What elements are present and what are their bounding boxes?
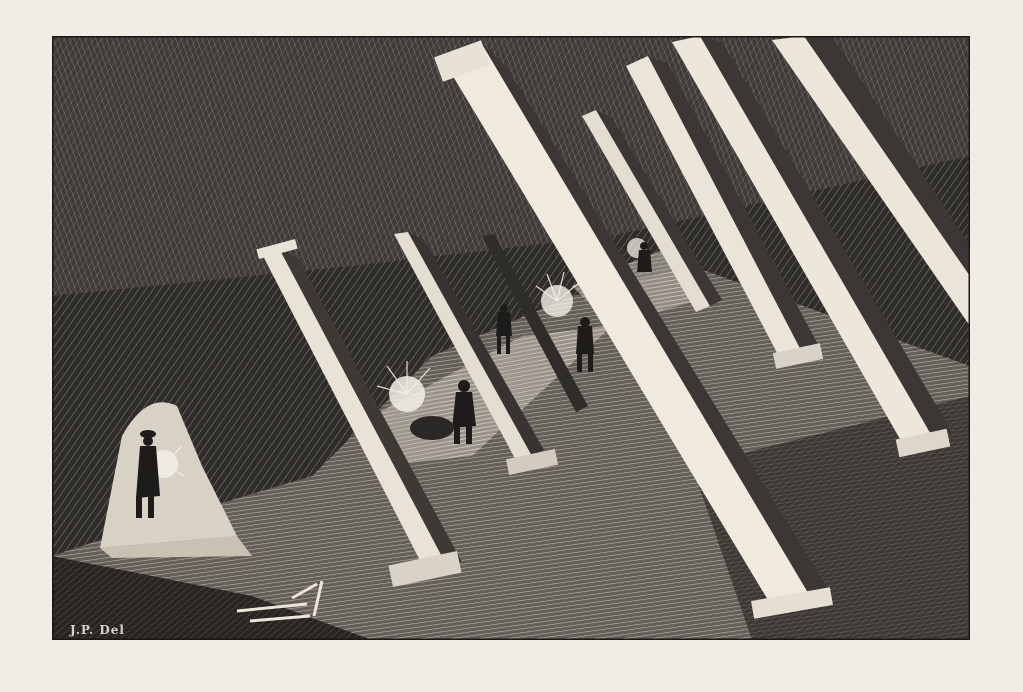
engraver-signature: J.P. Del: [70, 623, 125, 637]
engraving-plate: J.P. Del: [52, 36, 970, 640]
mine-gallery-illustration: [52, 36, 970, 640]
